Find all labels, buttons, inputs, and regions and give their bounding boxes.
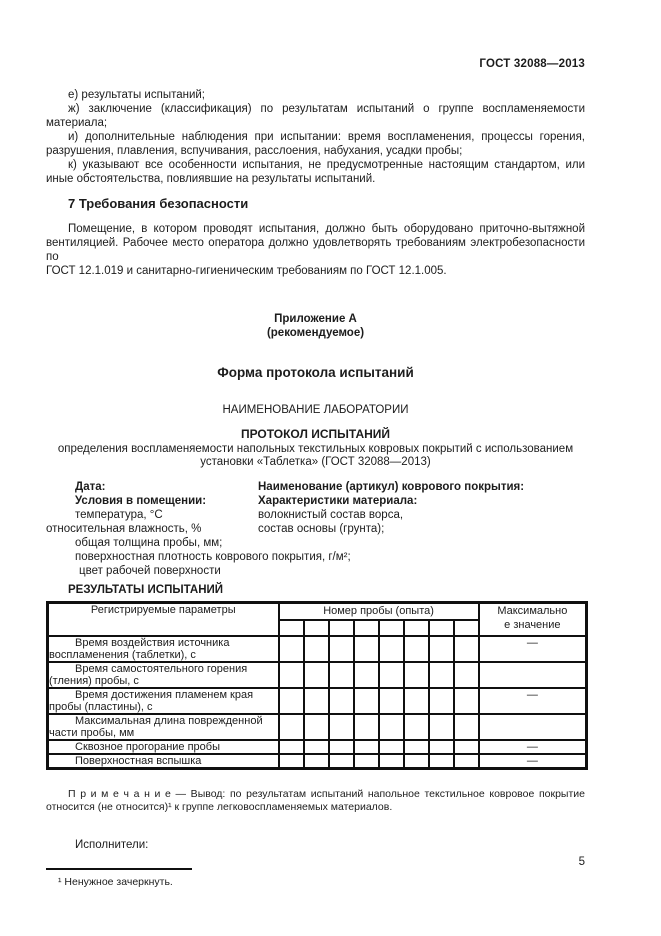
value-cell [304,740,329,754]
field-characteristics-label: Характеристики материала: [258,494,585,508]
row-max-value: — [479,740,587,754]
intro-item-i: и) дополнительные наблюдения при испытан… [46,130,585,158]
text-line: вентиляцией. Рабочее место оператора дол… [46,236,585,264]
value-cell [304,754,329,769]
field-name-label: Наименование (артикул) коврового покрыти… [258,480,585,494]
row-max-value: — [479,754,587,769]
note-paragraph: П р и м е ч а н и е — Вывод: по результа… [46,788,585,814]
row-max-value: — [479,636,587,662]
value-cell [404,740,429,754]
field-thickness: общая толщина пробы, мм; [46,536,585,550]
value-cell [404,754,429,769]
intro-item-k: к) указывают все особенности испытания, … [46,158,585,186]
page-number: 5 [579,855,585,869]
field-density: поверхностная плотность коврового покрыт… [46,550,585,564]
row-param: Время достижения пламенем края пробы (пл… [48,688,279,714]
value-cell [354,688,379,714]
value-cell [379,662,404,688]
table-row: Максимальная длина поврежденной части пр… [48,714,587,740]
section-7-heading: 7 Требования безопасности [46,196,585,211]
text-line: е) результаты испытаний; [46,88,585,102]
value-cell [304,714,329,740]
footnote-text: ¹ Ненужное зачеркнуть. [46,875,585,889]
protocol-title: ПРОТОКОЛ ИСПЫТАНИЙ [46,427,585,441]
value-cell [329,740,354,754]
protocol-subtitle: определения воспламеняемости напольных т… [46,443,585,469]
text-line: разрушения, плавления, вспучивания, расс… [46,144,585,158]
value-cell [279,714,304,740]
value-cell [454,714,479,740]
value-cell [329,662,354,688]
results-heading: РЕЗУЛЬТАТЫ ИСПЫТАНИЙ [46,583,585,597]
section-7-body: Помещение, в котором проводят испытания,… [46,222,585,278]
sample-col-cell [329,620,354,636]
value-cell [279,636,304,662]
row-max-value: — [479,688,587,714]
row-param: Поверхностная вспышка [48,754,279,769]
field-base: состав основы (грунта); [258,522,585,536]
executors-label: Исполнители: [46,838,585,852]
value-cell [429,688,454,714]
value-cell [379,714,404,740]
field-humidity: относительная влажность, % [46,522,258,536]
value-cell [404,636,429,662]
value-cell [304,636,329,662]
field-temperature: температура, °С [46,508,258,522]
value-cell [279,740,304,754]
sample-col-cell [304,620,329,636]
row-max-value [479,714,587,740]
col-header-max-value: Максимально е значение [479,603,587,637]
table-row: Время воздействия источника воспламенени… [48,636,587,662]
value-cell [329,688,354,714]
footnote-divider [46,868,192,870]
text-line: относится (не относится)¹ к группе легко… [46,801,585,814]
document-page: ГОСТ 32088—2013 е) результаты испытаний;… [0,0,661,936]
value-cell [404,662,429,688]
value-cell [379,636,404,662]
value-cell [454,754,479,769]
value-cell [304,688,329,714]
value-cell [279,662,304,688]
value-cell [379,688,404,714]
value-cell [279,688,304,714]
value-cell [429,714,454,740]
value-cell [329,714,354,740]
value-cell [329,754,354,769]
value-cell [354,662,379,688]
value-cell [454,662,479,688]
text-line: установки «Таблетка» (ГОСТ 32088—2013) [46,456,585,469]
field-conditions-label: Условия в помещении: [46,494,258,508]
sample-col-cell [279,620,304,636]
table-row: Время достижения пламенем края пробы (пл… [48,688,587,714]
value-cell [329,636,354,662]
value-cell [429,740,454,754]
annex-title: Форма протокола испытаний [46,365,585,381]
sample-col-cell [379,620,404,636]
lab-name: НАИМЕНОВАНИЕ ЛАБОРАТОРИИ [46,403,585,417]
value-cell [454,740,479,754]
field-fiber: волокнистый состав ворса, [258,508,585,522]
text-line: материала; [46,116,585,130]
col-header-parameters: Регистрируемые параметры [48,603,279,637]
value-cell [429,754,454,769]
text-line: иные обстоятельства, повлиявшие на резул… [46,172,585,186]
value-cell [354,714,379,740]
text-line: П р и м е ч а н и е — Вывод: по результа… [46,788,585,801]
row-param: Сквозное прогорание пробы [48,740,279,754]
sample-col-cell [354,620,379,636]
annex-label: Приложение А [46,312,585,326]
row-max-value [479,662,587,688]
value-cell [354,636,379,662]
table-row: Время самостоятельного горения (тления) … [48,662,587,688]
table-row: Сквозное прогорание пробы — [48,740,587,754]
intro-item-e: е) результаты испытаний; [46,88,585,102]
sample-col-cell [404,620,429,636]
intro-item-zh: ж) заключение (классификация) по результ… [46,102,585,130]
value-cell [454,688,479,714]
text-line: и) дополнительные наблюдения при испытан… [46,130,585,144]
value-cell [354,740,379,754]
table-header-row: Регистрируемые параметры Номер пробы (оп… [48,603,587,621]
annex-sublabel: (рекомендуемое) [46,326,585,340]
value-cell [379,740,404,754]
doc-number: ГОСТ 32088—2013 [46,57,585,71]
value-cell [354,754,379,769]
text-line: ГОСТ 12.1.019 и санитарно-гигиеническим … [46,264,585,278]
results-table: Регистрируемые параметры Номер пробы (оп… [46,601,588,770]
value-cell [379,754,404,769]
table-row: Поверхностная вспышка — [48,754,587,769]
value-cell [454,636,479,662]
value-cell [404,714,429,740]
text-line: Помещение, в котором проводят испытания,… [46,222,585,236]
value-cell [279,754,304,769]
field-surface-color: цвет рабочей поверхности [46,564,585,578]
value-cell [429,636,454,662]
value-cell [429,662,454,688]
value-cell [304,662,329,688]
field-date-label: Дата: [46,480,258,494]
protocol-fields: Дата: Наименование (артикул) коврового п… [46,480,585,578]
text-line: определения воспламеняемости напольных т… [46,443,585,456]
text-line: к) указывают все особенности испытания, … [46,158,585,172]
value-cell [404,688,429,714]
sample-col-cell [429,620,454,636]
text-line: ж) заключение (классификация) по результ… [46,102,585,116]
row-param: Время самостоятельного горения (тления) … [48,662,279,688]
row-param: Максимальная длина поврежденной части пр… [48,714,279,740]
sample-col-cell [454,620,479,636]
row-param: Время воздействия источника воспламенени… [48,636,279,662]
col-header-sample-number: Номер пробы (опыта) [279,603,479,621]
